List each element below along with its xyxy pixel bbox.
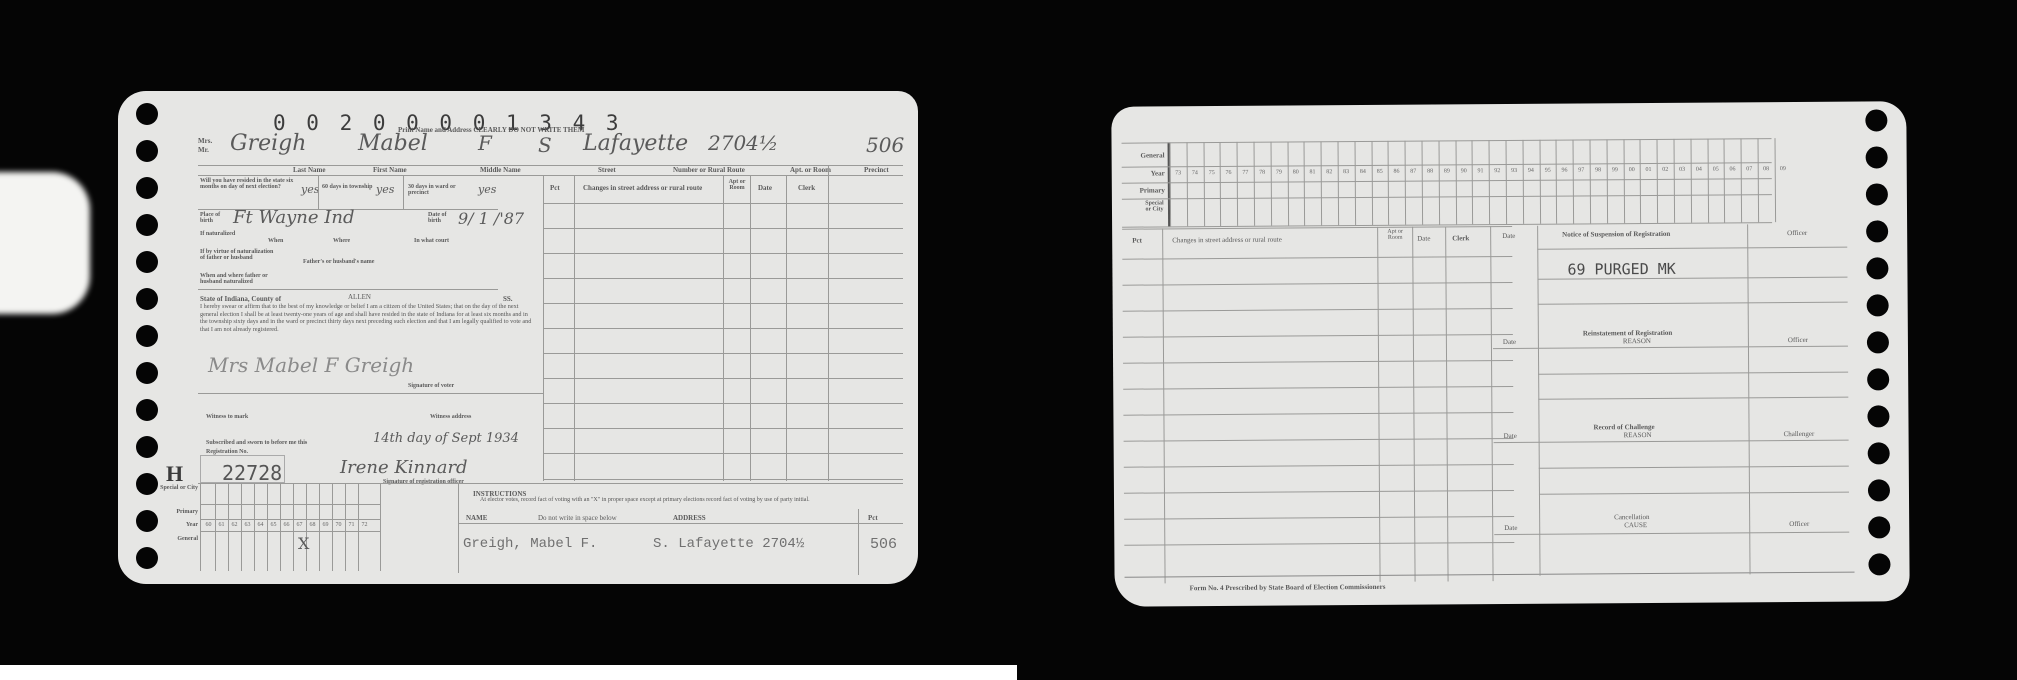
- registration-card-back: General Year Primary Special or City 737…: [1111, 101, 1909, 607]
- grid-divider: [1657, 139, 1659, 223]
- year-cell: 88: [1422, 168, 1439, 174]
- grid-divider: [1472, 140, 1474, 224]
- grid-divider: [1304, 141, 1306, 225]
- year-60: 60: [202, 522, 215, 528]
- grid-divider: [1186, 142, 1188, 226]
- label-last-name: Last Name: [293, 166, 325, 174]
- subscribed-value: 14th day of Sept 1934: [373, 431, 519, 446]
- year-cell: 86: [1388, 169, 1405, 175]
- grid-divider: [1338, 141, 1340, 225]
- street-direction-value: S: [538, 133, 552, 157]
- punch-hole: [136, 214, 158, 236]
- year-cell: 02: [1657, 167, 1674, 173]
- label-officer-signature: Signature of registration officer: [383, 479, 464, 485]
- changes-header-date: Date: [758, 184, 772, 192]
- grid-divider: [1774, 138, 1776, 222]
- year-cell: 06: [1724, 166, 1741, 172]
- year-63: 63: [241, 522, 254, 528]
- punch-hole: [136, 473, 158, 495]
- year-cell: 84: [1355, 169, 1372, 175]
- year-cell: 00: [1623, 167, 1640, 173]
- cancellation-date-label: Date: [1504, 524, 1517, 532]
- grid-divider: [1388, 141, 1390, 225]
- label-street: Street: [598, 166, 616, 174]
- label-resided-township: 60 days in township: [322, 184, 377, 190]
- reinstatement-reason-label: REASON: [1623, 337, 1651, 345]
- label-when-where-father: When and where father or husband natural…: [200, 273, 290, 285]
- challenge-date-label: Date: [1504, 432, 1517, 440]
- label-naturalized: If naturalized: [200, 231, 235, 237]
- punch-hole: [136, 251, 158, 273]
- label-witness-address: Witness address: [430, 414, 471, 420]
- label-where: Where: [333, 238, 350, 244]
- year-67: 67: [293, 522, 306, 528]
- oath-state-line: State of Indiana, County of: [200, 295, 281, 303]
- label-by-virtue: If by virtue of naturalization of father…: [200, 249, 275, 261]
- suspension-stamp: 69 PURGED MK: [1567, 260, 1675, 279]
- year-cell: 76: [1220, 170, 1237, 176]
- last-name-value: Greigh: [230, 131, 306, 156]
- changes-header-address: Changes in street address or rural route: [1172, 236, 1282, 245]
- year-cell: 98: [1590, 167, 1607, 173]
- grid-divider: [1606, 139, 1608, 223]
- punch-hole: [136, 325, 158, 347]
- grid-label-year: Year: [1120, 169, 1165, 177]
- changes-header-apt: Apt or Room: [1382, 229, 1408, 241]
- voter-signature: Mrs Mabel F Greigh: [208, 353, 414, 377]
- house-number-value: 2704½: [708, 131, 778, 155]
- grid-divider: [1522, 140, 1524, 224]
- year-65: 65: [267, 522, 280, 528]
- year-cell: 04: [1690, 167, 1707, 173]
- grid-label-special: Special or City: [148, 485, 198, 491]
- officer-signature: Irene Kinnard: [340, 457, 468, 478]
- label-when: When: [268, 238, 283, 244]
- typed-precinct: 506: [870, 536, 897, 553]
- resided-ward-answer: yes: [478, 183, 496, 196]
- label-voter-signature: Signature of voter: [408, 383, 454, 389]
- label-court: In what court: [414, 238, 449, 244]
- reinstatement-officer-label: Officer: [1788, 336, 1808, 344]
- year-cell: 99: [1606, 167, 1623, 173]
- punch-hole: [1865, 109, 1887, 131]
- grid-divider: [1203, 142, 1205, 226]
- date-of-birth-value: 9/ 1 /'87: [458, 209, 524, 228]
- grid-divider: [1287, 142, 1289, 226]
- label-resided-state: Will you have resided in the state six m…: [200, 178, 295, 190]
- grid-divider: [1623, 139, 1625, 223]
- year-66: 66: [280, 522, 293, 528]
- year-cell: 89: [1439, 168, 1456, 174]
- label-resided-ward: 30 days in ward or precinct: [408, 184, 473, 196]
- grid-divider: [1220, 142, 1222, 226]
- changes-header-pct: Pct: [1132, 237, 1142, 245]
- grid-divider: [1539, 140, 1541, 224]
- punch-hole: [136, 140, 158, 162]
- grid-label-year: Year: [148, 522, 198, 528]
- instructions-pct-label: Pct: [868, 514, 878, 522]
- year-cell: 80: [1287, 169, 1304, 175]
- year-cell: 85: [1371, 169, 1388, 175]
- precinct-value: 506: [866, 133, 904, 157]
- year-cell: 77: [1237, 170, 1254, 176]
- middle-initial-value: F: [478, 131, 492, 155]
- grid-label-general: General: [148, 536, 198, 542]
- oath-ss: SS.: [503, 295, 513, 303]
- changes-header-clerk: Clerk: [798, 184, 815, 192]
- year-cell: 83: [1338, 169, 1355, 175]
- cancellation-title: Cancellation: [1614, 513, 1649, 521]
- grid-divider: [1354, 141, 1356, 225]
- cancellation-officer-label: Officer: [1789, 520, 1809, 528]
- punch-hole: [1868, 553, 1890, 575]
- year-71: 71: [345, 522, 358, 528]
- year-cell: 01: [1640, 167, 1657, 173]
- grid-divider: [1724, 138, 1726, 222]
- year-69: 69: [319, 522, 332, 528]
- punch-hole: [1867, 368, 1889, 390]
- punch-hole: [1867, 405, 1889, 427]
- oath-text: I hereby swear or affirm that to the bes…: [200, 303, 535, 333]
- grid-divider: [1455, 140, 1457, 224]
- year-cell: 73: [1170, 170, 1187, 176]
- resided-state-answer: yes: [301, 183, 319, 196]
- punch-hole: [1866, 146, 1888, 168]
- year-cell: 07: [1741, 166, 1758, 172]
- punch-hole: [136, 436, 158, 458]
- year-cell: 75: [1203, 170, 1220, 176]
- grid-divider: [1506, 140, 1508, 224]
- grid-divider: [1422, 141, 1424, 225]
- changes-header-clerk: Clerk: [1452, 234, 1469, 242]
- registration-letter: H: [166, 461, 183, 487]
- instructions-address-label: ADDRESS: [673, 514, 706, 522]
- label-middle-name: Middle Name: [480, 166, 521, 174]
- challenge-reason-label: REASON: [1624, 431, 1652, 439]
- year-61: 61: [215, 522, 228, 528]
- grid-label-general: General: [1120, 151, 1165, 159]
- year-cell: 03: [1674, 167, 1691, 173]
- label-number: Number or Rural Route: [673, 166, 745, 174]
- year-cell: 90: [1455, 168, 1472, 174]
- punch-hole: [136, 547, 158, 569]
- grid-divider: [1707, 139, 1709, 223]
- resided-township-answer: yes: [376, 183, 394, 196]
- grid-divider: [1690, 139, 1692, 223]
- grid-label-special: Special or City: [1142, 200, 1167, 212]
- changes-header-pct: Pct: [550, 184, 560, 192]
- grid-divider: [1489, 140, 1491, 224]
- year-cell: 79: [1271, 170, 1288, 176]
- label-precinct: Precinct: [864, 166, 889, 174]
- general-vote-mark-64: X: [298, 534, 309, 553]
- grid-label-primary: Primary: [1120, 186, 1165, 194]
- punch-hole: [1867, 331, 1889, 353]
- grid-divider: [1573, 140, 1575, 224]
- challenge-challenger-label: Challenger: [1784, 430, 1815, 438]
- year-cell: 08: [1758, 166, 1775, 172]
- reinstatement-date-label: Date: [1503, 338, 1516, 346]
- year-70: 70: [332, 522, 345, 528]
- year-72: 72: [358, 522, 371, 528]
- grid-divider: [1758, 138, 1760, 222]
- grid-divider: [1237, 142, 1239, 226]
- grid-divider: [1270, 142, 1272, 226]
- year-cell: 78: [1254, 170, 1271, 176]
- punch-hole: [1868, 442, 1890, 464]
- registration-card-front: 0 0 2 0 0 0 0 1 3 4 3 Print Name and Add…: [118, 91, 918, 584]
- changes-header-address: Changes in street address or rural route: [583, 184, 702, 192]
- instructions-name-label: NAME: [466, 514, 487, 522]
- cancellation-cause-label: CAUSE: [1624, 521, 1647, 529]
- punch-hole: [1866, 183, 1888, 205]
- label-subscribed: Subscribed and sworn to before me this: [206, 440, 307, 446]
- year-cell: 82: [1321, 169, 1338, 175]
- year-cell: 09: [1774, 166, 1791, 172]
- typed-address: S. Lafayette 2704½: [653, 536, 804, 552]
- suspension-date-label: Date: [1502, 232, 1515, 240]
- grid-divider: [1254, 142, 1256, 226]
- grid-divider: [1170, 142, 1172, 226]
- punch-hole: [1868, 479, 1890, 501]
- punch-hole: [1866, 257, 1888, 279]
- year-cell: 93: [1506, 168, 1523, 174]
- punch-hole: [1868, 516, 1890, 538]
- year-68: 68: [306, 522, 319, 528]
- year-cell: 81: [1304, 169, 1321, 175]
- punch-hole: [136, 103, 158, 125]
- year-cell: 97: [1573, 167, 1590, 173]
- year-cell: 87: [1405, 169, 1422, 175]
- year-cell: 96: [1556, 168, 1573, 174]
- grid-divider: [1640, 139, 1642, 223]
- grid-divider: [1405, 141, 1407, 225]
- title-mrs: Mrs.: [198, 137, 212, 145]
- blurred-card-fragment: [0, 172, 90, 314]
- grid-divider: [1590, 139, 1592, 223]
- changes-header-apt: Apt or Room: [725, 179, 749, 191]
- place-of-birth-value: Ft Wayne Ind: [233, 207, 354, 228]
- punch-hole: [136, 288, 158, 310]
- punch-hole: [1867, 294, 1889, 316]
- year-cell: 95: [1539, 168, 1556, 174]
- year-62: 62: [228, 522, 241, 528]
- year-cell: 74: [1187, 170, 1204, 176]
- grid-divider: [1371, 141, 1373, 225]
- punch-hole: [136, 399, 158, 421]
- grid-divider: [1321, 141, 1323, 225]
- year-cell: 94: [1522, 168, 1539, 174]
- street-value: Lafayette: [583, 131, 688, 156]
- title-mr: Mr.: [198, 146, 209, 154]
- suspension-title: Notice of Suspension of Registration: [1562, 230, 1670, 239]
- label-first-name: First Name: [373, 166, 407, 174]
- suspension-officer-label: Officer: [1787, 229, 1807, 237]
- year-grid: 7374757677787980818283848586878889909192…: [1111, 101, 1906, 107]
- grid-divider: [1556, 140, 1558, 224]
- form-footer: Form No. 4 Prescribed by State Board of …: [1190, 583, 1386, 592]
- label-place-of-birth: Place of birth: [200, 212, 230, 224]
- punch-hole: [136, 362, 158, 384]
- grid-divider: [1741, 138, 1743, 222]
- instructions-do-not-write: Do not write in space below: [538, 514, 617, 522]
- year-cell: 92: [1489, 168, 1506, 174]
- grid-divider: [1438, 140, 1440, 224]
- label-apt: Apt. or Room: [790, 166, 831, 174]
- punch-hole: [136, 177, 158, 199]
- year-64: 64: [254, 522, 267, 528]
- scan-edge-strip: [0, 665, 1017, 680]
- first-name-value: Mabel: [358, 131, 428, 156]
- label-date-of-birth: Date of birth: [428, 212, 458, 224]
- year-cell: 91: [1472, 168, 1489, 174]
- label-father-name: Father's or husband's name: [303, 259, 374, 265]
- changes-header-date: Date: [1417, 235, 1430, 243]
- grid-label-primary: Primary: [148, 509, 198, 515]
- year-cell: 05: [1707, 167, 1724, 173]
- oath-county-value: ALLEN: [348, 293, 371, 301]
- grid-divider: [1674, 139, 1676, 223]
- label-witness: Witness to mark: [206, 414, 248, 420]
- punch-hole: [1866, 220, 1888, 242]
- typed-name: Greigh, Mabel F.: [463, 536, 597, 552]
- instructions-text: At elector votes, record fact of voting …: [480, 497, 890, 504]
